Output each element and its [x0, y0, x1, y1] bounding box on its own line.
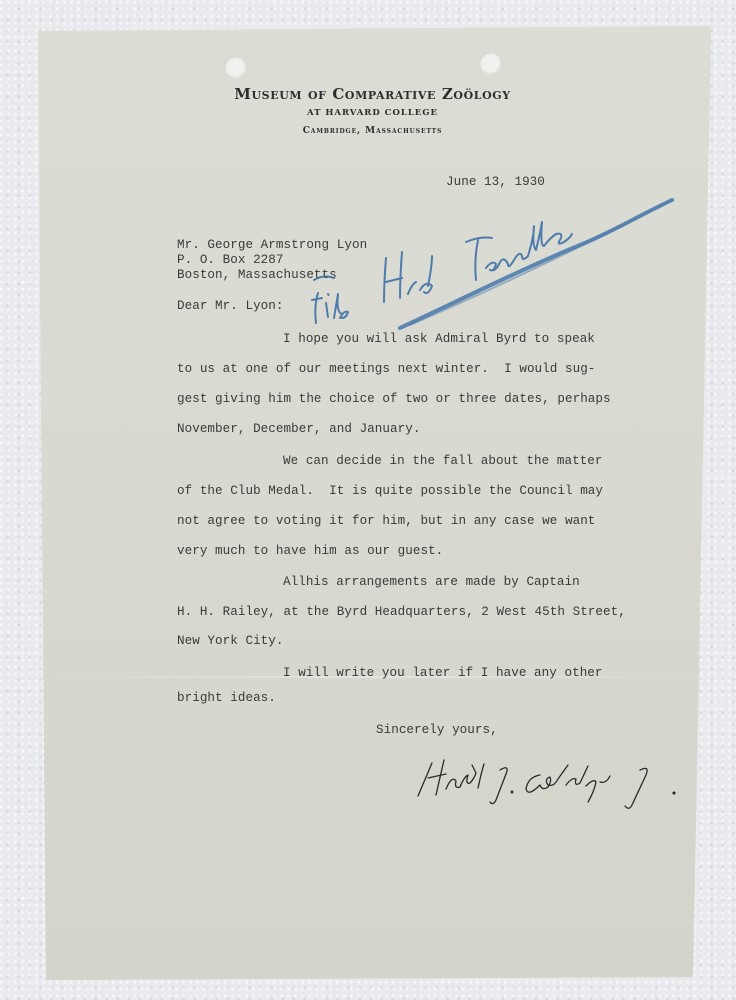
- body-line: not agree to voting it for him, but in a…: [177, 514, 595, 528]
- body-line: to us at one of our meetings next winter…: [177, 362, 595, 376]
- body-line: very much to have him as our guest.: [177, 544, 443, 558]
- recipient-city: Boston, Massachusetts: [177, 268, 337, 282]
- body-line: Allhis arrangements are made by Captain: [283, 575, 580, 589]
- recipient-name: Mr. George Armstrong Lyon: [177, 238, 367, 252]
- body-line: I will write you later if I have any oth…: [283, 666, 603, 680]
- letterhead-institution: AT HARVARD COLLEGE: [165, 108, 580, 118]
- salutation: Dear Mr. Lyon:: [177, 299, 284, 313]
- body-line: H. H. Railey, at the Byrd Headquarters, …: [177, 605, 626, 619]
- body-line: of the Club Medal. It is quite possible …: [177, 484, 603, 498]
- punch-hole-left: [224, 56, 246, 78]
- body-line: November, December, and January.: [177, 422, 420, 436]
- body-line: We can decide in the fall about the matt…: [283, 454, 603, 468]
- letter-date: June 13, 1930: [446, 175, 545, 189]
- body-line: New York City.: [177, 634, 284, 648]
- body-line: I hope you will ask Admiral Byrd to spea…: [283, 332, 595, 346]
- letterhead-location: Cambridge, Massachusetts: [165, 126, 580, 136]
- letter-paper: [0, 0, 736, 1000]
- body-line: gest giving him the choice of two or thr…: [177, 392, 611, 406]
- punch-hole-right: [479, 52, 501, 74]
- letterhead-title: Museum of Comparative Zoölogy: [165, 85, 580, 103]
- closing: Sincerely yours,: [376, 723, 498, 737]
- recipient-po-box: P. O. Box 2287: [177, 253, 284, 267]
- body-line: bright ideas.: [177, 691, 276, 705]
